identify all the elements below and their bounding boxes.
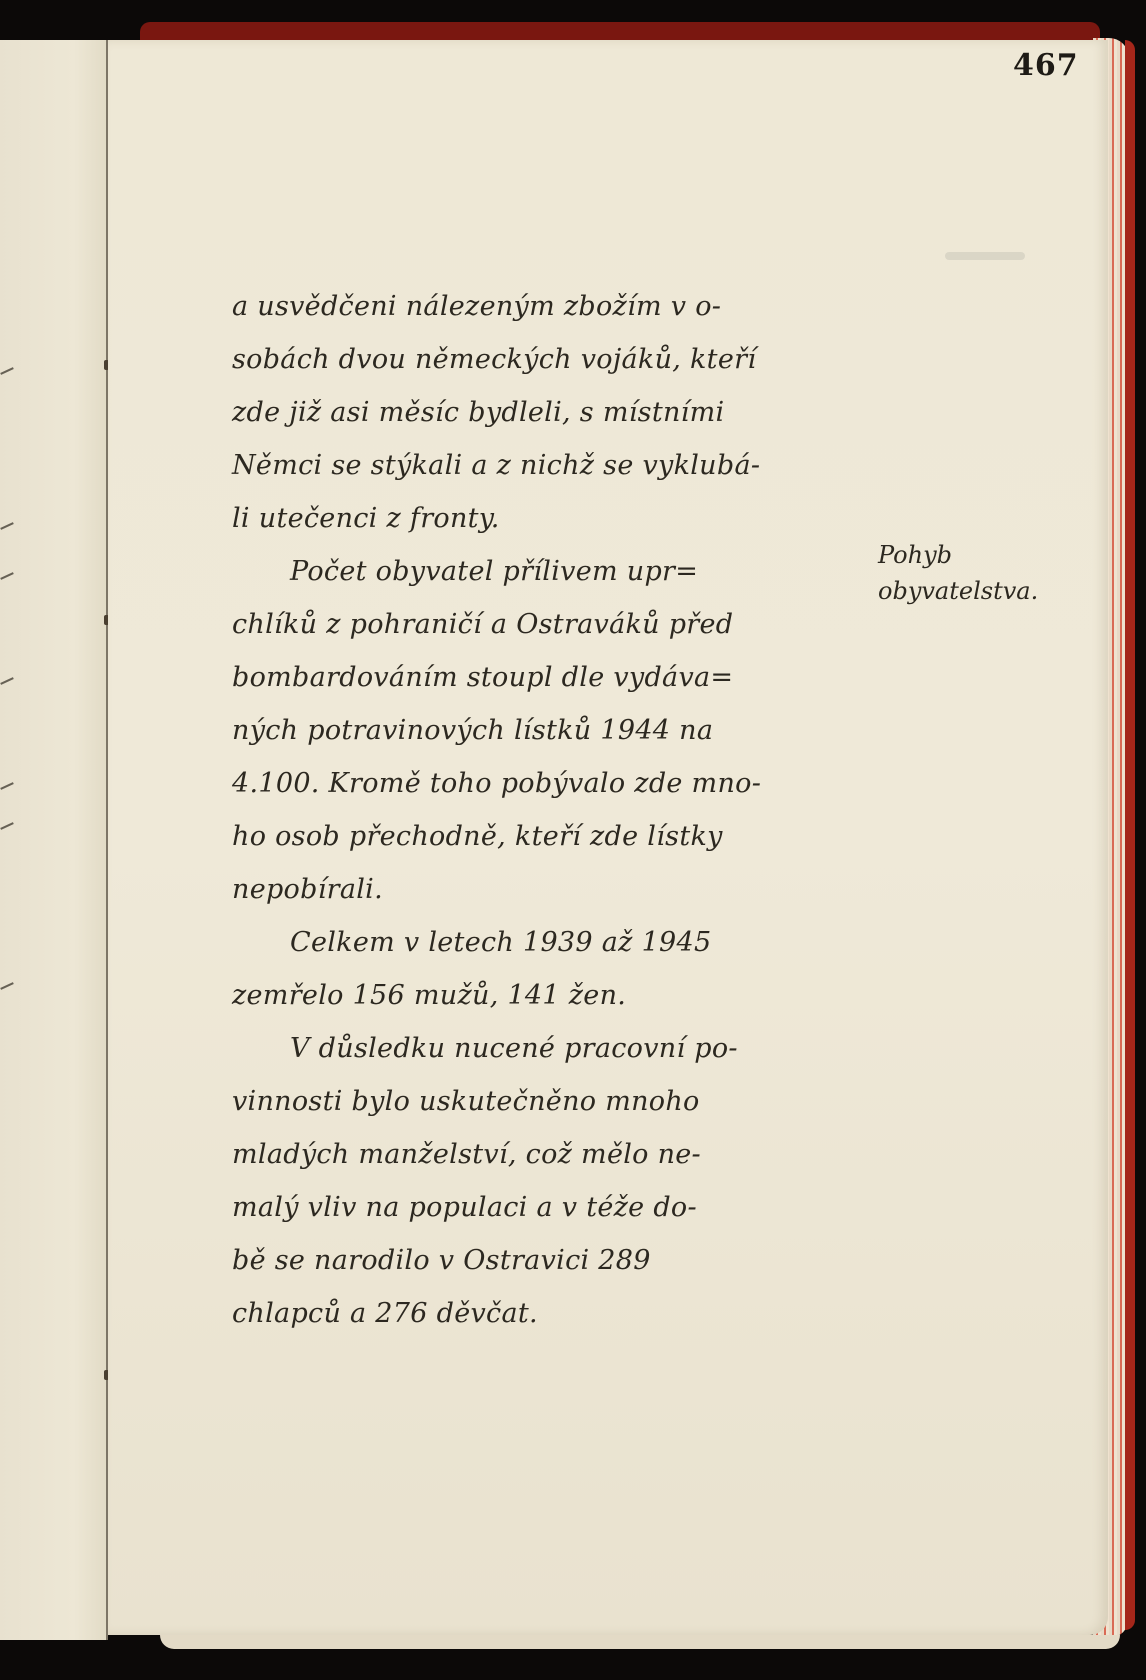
text-line: chlapců a 276 děvčat.	[232, 1287, 872, 1340]
handwritten-body: a usvědčeni nálezeným zbožím v o- sobách…	[232, 280, 872, 1340]
book-scan: 467 a usvědčeni nálezeným zbožím v o- so…	[0, 0, 1146, 1680]
left-page-ink-mark	[0, 677, 14, 685]
text-line: ho osob přechodně, kteří zde lístky	[232, 810, 872, 863]
page-number: 467	[1013, 48, 1079, 83]
left-page-ink-mark	[0, 572, 14, 580]
text-line: nepobírali.	[232, 863, 872, 916]
paragraph-start-line: Celkem v letech 1939 až 1945	[232, 916, 872, 969]
text-line: a usvědčeni nálezeným zbožím v o-	[232, 280, 872, 333]
text-line: mladých manželství, což mělo ne-	[232, 1128, 872, 1181]
margin-note-line: Pohyb	[878, 537, 1038, 573]
text-line: Němci se stýkali a z nichž se vyklubá-	[232, 439, 872, 492]
text-line: chlíků z pohraničí a Ostraváků před	[232, 598, 872, 651]
left-page-ink-mark	[0, 782, 14, 790]
text-line: zemřelo 156 mužů, 141 žen.	[232, 969, 872, 1022]
paragraph-start-line: V důsledku nucené pracovní po-	[232, 1022, 872, 1075]
page-bottom-edge	[160, 1635, 1120, 1649]
margin-note-line: obyvatelstva.	[878, 573, 1038, 609]
left-page-ink-mark	[0, 522, 14, 530]
text-line: ných potravinových lístků 1944 na	[232, 704, 872, 757]
text-line: malý vliv na populaci a v téže do-	[232, 1181, 872, 1234]
left-page-ink-mark	[0, 367, 14, 375]
margin-note: Pohyb obyvatelstva.	[878, 537, 1038, 609]
book-cover-right-edge	[1125, 40, 1135, 1630]
bleed-through-mark	[945, 252, 1025, 260]
text-line: sobách dvou německých vojáků, kteří	[232, 333, 872, 386]
text-line: bombardováním stoupl dle vydáva=	[232, 651, 872, 704]
left-page	[0, 40, 106, 1640]
text-line: li utečenci z fronty.	[232, 492, 872, 545]
text-line: zde již asi měsíc bydleli, s místními	[232, 386, 872, 439]
text-line: 4.100. Kromě toho pobývalo zde mno-	[232, 757, 872, 810]
text-line: bě se narodilo v Ostravici 289	[232, 1234, 872, 1287]
left-page-ink-mark	[0, 982, 14, 990]
left-page-ink-mark	[0, 822, 14, 830]
paragraph-start-line: Počet obyvatel přílivem upr=	[232, 545, 872, 598]
text-line: vinnosti bylo uskutečněno mnoho	[232, 1075, 872, 1128]
